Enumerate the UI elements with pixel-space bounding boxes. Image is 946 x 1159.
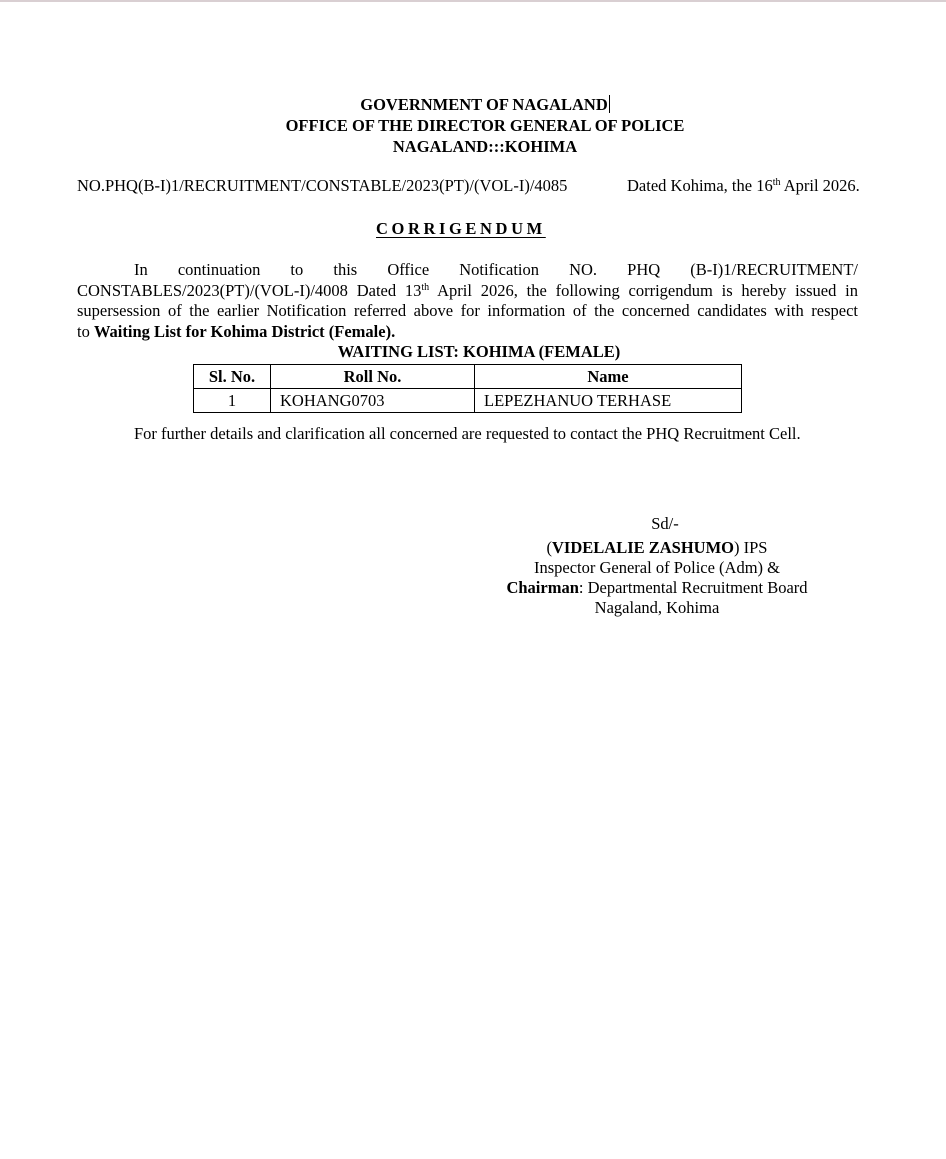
letterhead-office: OFFICE OF THE DIRECTOR GENERAL OF POLICE: [12, 116, 946, 136]
cell-roll-no: KOHANG0703: [271, 389, 475, 413]
waiting-list-table: Sl. No. Roll No. Name 1 KOHANG0703 LEPEZ…: [193, 364, 742, 413]
reference-number: NO.PHQ(B-I)1/RECRUITMENT/CONSTABLE/2023(…: [77, 176, 567, 196]
body-line-2-prefix: CONSTABLES/2023(PT)/(VOL-I)/4008 Dated 1…: [77, 281, 421, 300]
page-top-border: [0, 0, 946, 2]
chairman-board: : Departmental Recruitment Board: [579, 578, 808, 597]
body-line-4-prefix: to: [77, 322, 94, 341]
signatory-chairman: Chairman: Departmental Recruitment Board: [497, 578, 817, 598]
document-title: CORRIGENDUM: [376, 219, 546, 239]
column-header-roll-no: Roll No.: [271, 365, 475, 389]
body-line-1-text: In continuation to this Office Notificat…: [134, 260, 858, 279]
table-header-row: Sl. No. Roll No. Name: [194, 365, 742, 389]
body-line-4: to Waiting List for Kohima District (Fem…: [77, 322, 858, 343]
body-line-2: CONSTABLES/2023(PT)/(VOL-I)/4008 Dated 1…: [77, 281, 858, 302]
dated-line: Dated Kohima, the 16th April 2026.: [627, 176, 860, 196]
signature-sd: Sd/-: [505, 514, 825, 534]
table-row: 1 KOHANG0703 LEPEZHANUO TERHASE: [194, 389, 742, 413]
signatory-name-bold: VIDELALIE ZASHUMO: [552, 538, 734, 557]
text-cursor: [609, 95, 610, 113]
letterhead-location: NAGALAND:::KOHIMA: [12, 137, 946, 157]
dated-prefix: Dated Kohima, the 16: [627, 176, 773, 195]
body-line-2-suffix: April 2026, the following corrigendum is…: [429, 281, 858, 300]
letterhead-government-text: GOVERNMENT OF NAGALAND: [360, 95, 608, 114]
further-details-note: For further details and clarification al…: [134, 424, 801, 444]
dated-ordinal: th: [773, 177, 781, 188]
dated-suffix: April 2026.: [781, 176, 860, 195]
signatory-name: (VIDELALIE ZASHUMO) IPS: [497, 538, 817, 558]
cell-name: LEPEZHANUO TERHASE: [475, 389, 742, 413]
column-header-sl-no: Sl. No.: [194, 365, 271, 389]
column-header-name: Name: [475, 365, 742, 389]
body-line-4-bold: Waiting List for Kohima District (Female…: [94, 322, 395, 341]
signatory-location: Nagaland, Kohima: [497, 598, 817, 618]
body-line-3: supersession of the earlier Notification…: [77, 301, 858, 322]
signatory-name-suffix: ) IPS: [734, 538, 767, 557]
signatory-designation: Inspector General of Police (Adm) &: [497, 558, 817, 578]
body-paragraph: In continuation to this Office Notificat…: [77, 260, 858, 343]
body-line-1: In continuation to this Office Notificat…: [77, 260, 858, 281]
letterhead-government: GOVERNMENT OF NAGALAND: [12, 95, 946, 115]
waiting-list-title: WAITING LIST: KOHIMA (FEMALE): [0, 342, 946, 362]
chairman-label: Chairman: [506, 578, 578, 597]
cell-sl-no: 1: [194, 389, 271, 413]
